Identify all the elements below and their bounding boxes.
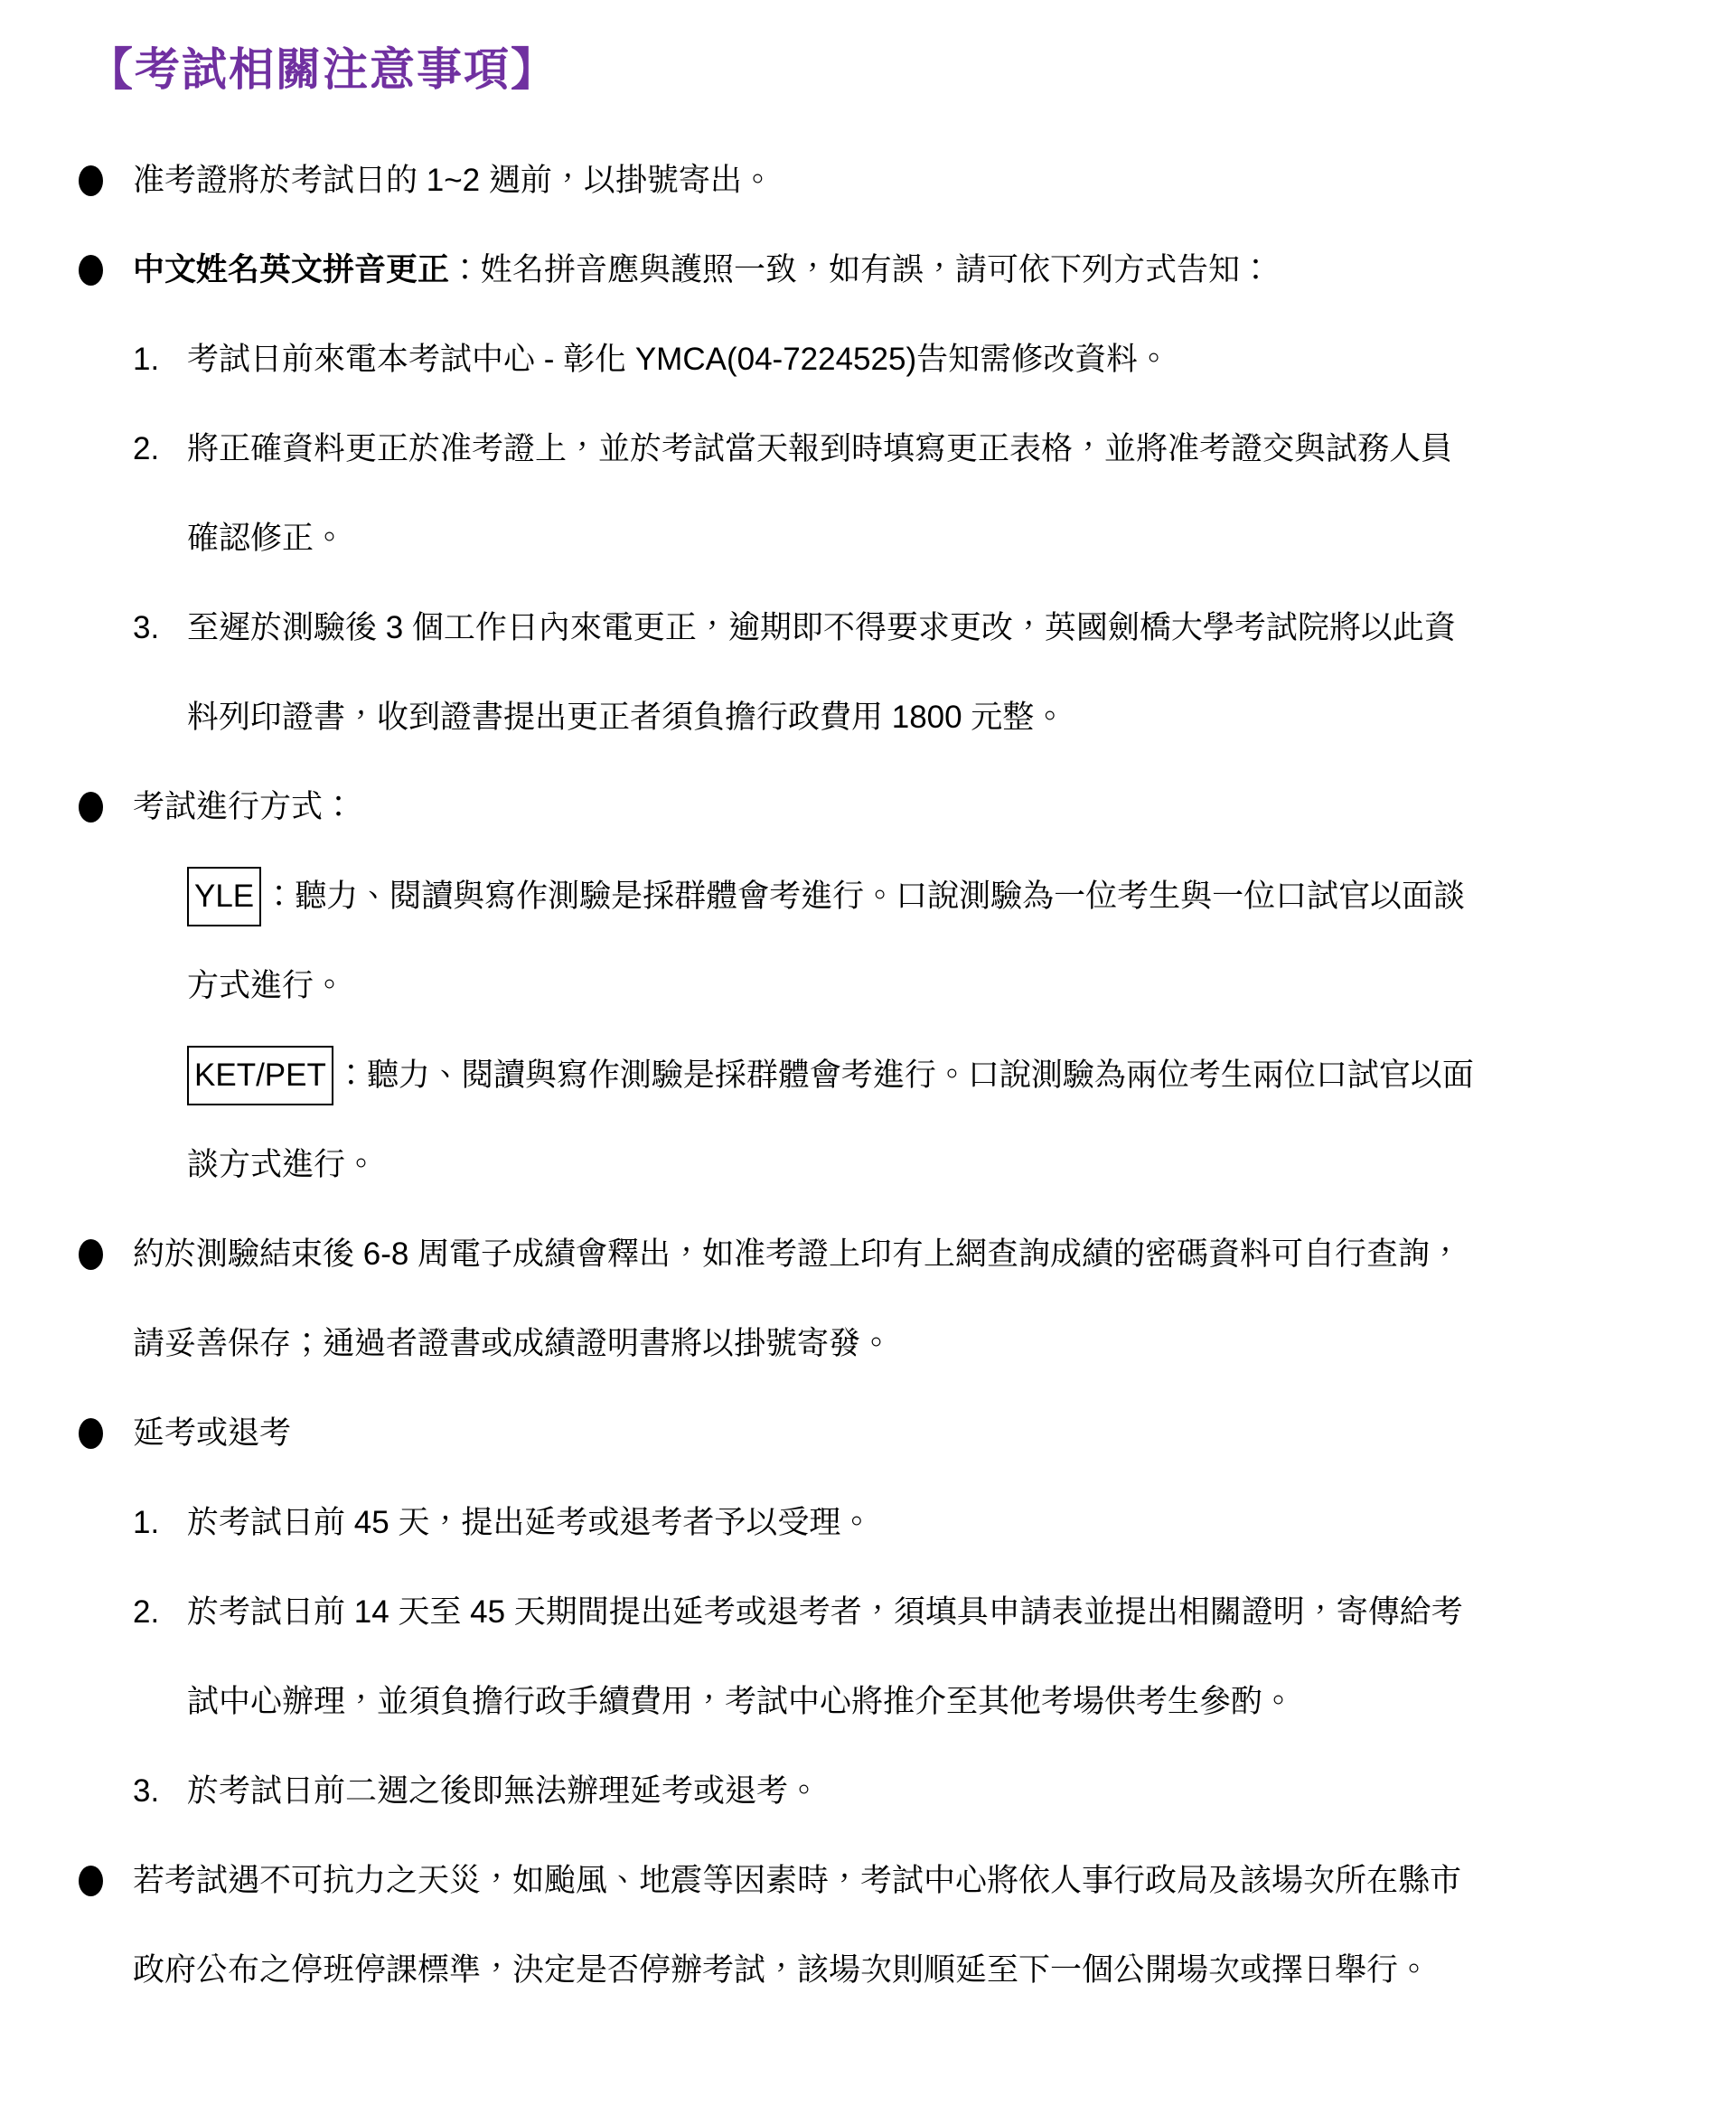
- notice-document: 【考試相關注意事項】 准考證將於考試日的 1~2 週前，以掛號寄出。 中文姓名英…: [0, 0, 1736, 2106]
- notice-admission-card: 准考證將於考試日的 1~2 週前，以掛號寄出。: [79, 165, 1700, 197]
- postpone-step-1: 1. 於考試日前 45 天，提出延考或退考者予以受理。: [79, 1507, 1700, 1539]
- notice-text: 方式進行。: [187, 970, 345, 1002]
- bullet-icon: [79, 1239, 103, 1270]
- name-correction-step-2: 2. 將正確資料更正於准考證上，並於考試當天報到時填寫更正表格，並將准考證交與試…: [79, 433, 1700, 465]
- exam-format-ket-pet-cont: 談方式進行。: [79, 1149, 1700, 1181]
- list-number: 3.: [133, 612, 187, 644]
- notice-force-majeure-cont: 政府公布之停班停課標準，決定是否停辦考試，該場次則順延至下一個公開場次或擇日舉行…: [79, 1954, 1700, 1987]
- postpone-step-2-cont: 試中心辦理，並須負擔行政手續費用，考試中心將推介至其他考場供考生參酌。: [79, 1686, 1700, 1718]
- notice-text: 約於測驗結束後 6-8 周電子成績會釋出，如准考證上印有上網查詢成績的密碼資料可…: [133, 1238, 1461, 1271]
- bullet-icon: [79, 255, 103, 286]
- notice-text: 料列印證書，收到證書提出更正者須負擔行政費用 1800 元整。: [187, 701, 1065, 734]
- name-correction-step-2-cont: 確認修正。: [79, 522, 1700, 555]
- postpone-step-3: 3. 於考試日前二週之後即無法辦理延考或退考。: [79, 1775, 1700, 1808]
- yle-label-box: YLE: [187, 867, 261, 926]
- notice-text: 考試進行方式：: [133, 791, 354, 823]
- list-number: 3.: [133, 1775, 187, 1808]
- notice-text: 談方式進行。: [187, 1149, 377, 1181]
- exam-format-yle: YLE ：聽力、閱讀與寫作測驗是採群體會考進行。口說測驗為一位考生與一位口試官以…: [79, 880, 1700, 913]
- bullet-icon: [79, 165, 103, 196]
- list-number: 2.: [133, 1596, 187, 1629]
- notice-postpone-withdraw: 延考或退考: [79, 1417, 1700, 1450]
- notice-score-release: 約於測驗結束後 6-8 周電子成績會釋出，如准考證上印有上網查詢成績的密碼資料可…: [79, 1238, 1700, 1271]
- notice-text: 中文姓名英文拼音更正：姓名拼音應與護照一致，如有誤，請可依下列方式告知：: [133, 254, 1272, 287]
- notice-text: 試中心辦理，並須負擔行政手續費用，考試中心將推介至其他考場供考生參酌。: [187, 1686, 1294, 1718]
- notice-text: ：聽力、閱讀與寫作測驗是採群體會考進行。口說測驗為兩位考生兩位口試官以面: [335, 1059, 1474, 1092]
- name-correction-step-3-cont: 料列印證書，收到證書提出更正者須負擔行政費用 1800 元整。: [79, 701, 1700, 734]
- notice-text: 於考試日前 14 天至 45 天期間提出延考或退考者，須填具申請表並提出相關證明…: [187, 1596, 1463, 1629]
- notice-text: 於考試日前 45 天，提出延考或退考者予以受理。: [187, 1507, 872, 1539]
- ket-pet-label-box: KET/PET: [187, 1046, 333, 1105]
- notice-score-release-cont: 請妥善保存；通過者證書或成績證明書將以掛號寄發。: [79, 1328, 1700, 1360]
- notice-lead-bold: 中文姓名英文拼音更正: [133, 252, 449, 287]
- postpone-step-2: 2. 於考試日前 14 天至 45 天期間提出延考或退考者，須填具申請表並提出相…: [79, 1596, 1700, 1629]
- exam-format-ket-pet: KET/PET ：聽力、閱讀與寫作測驗是採群體會考進行。口說測驗為兩位考生兩位口…: [79, 1059, 1700, 1092]
- notice-text: 確認修正。: [187, 522, 345, 555]
- exam-format-yle-cont: 方式進行。: [79, 970, 1700, 1002]
- notice-name-correction: 中文姓名英文拼音更正：姓名拼音應與護照一致，如有誤，請可依下列方式告知：: [79, 254, 1700, 287]
- notice-text: 請妥善保存；通過者證書或成績證明書將以掛號寄發。: [133, 1328, 892, 1360]
- name-correction-step-1: 1. 考試日前來電本考試中心 - 彰化 YMCA(04-7224525)告知需修…: [79, 343, 1700, 376]
- notice-force-majeure: 若考試遇不可抗力之天災，如颱風、地震等因素時，考試中心將依人事行政局及該場次所在…: [79, 1865, 1700, 1897]
- list-number: 1.: [133, 1507, 187, 1539]
- bullet-icon: [79, 792, 103, 823]
- notice-text-rest: ：姓名拼音應與護照一致，如有誤，請可依下列方式告知：: [449, 252, 1272, 287]
- page-title: 【考試相關注意事項】: [88, 43, 1700, 96]
- notice-text: ：聽力、閱讀與寫作測驗是採群體會考進行。口說測驗為一位考生與一位口試官以面談: [263, 880, 1465, 913]
- list-number: 1.: [133, 343, 187, 376]
- name-correction-step-3: 3. 至遲於測驗後 3 個工作日內來電更正，逾期即不得要求更改，英國劍橋大學考試…: [79, 612, 1700, 644]
- list-number: 2.: [133, 433, 187, 465]
- notice-exam-format: 考試進行方式：: [79, 791, 1700, 823]
- notice-text: 准考證將於考試日的 1~2 週前，以掛號寄出。: [133, 165, 774, 197]
- notice-text: 延考或退考: [133, 1417, 291, 1450]
- notice-text: 至遲於測驗後 3 個工作日內來電更正，逾期即不得要求更改，英國劍橋大學考試院將以…: [187, 612, 1456, 644]
- notice-text: 考試日前來電本考試中心 - 彰化 YMCA(04-7224525)告知需修改資料…: [187, 343, 1169, 376]
- bullet-icon: [79, 1418, 103, 1449]
- notice-text: 將正確資料更正於准考證上，並於考試當天報到時填寫更正表格，並將准考證交與試務人員: [187, 433, 1452, 465]
- notice-text: 政府公布之停班停課標準，決定是否停辦考試，該場次則順延至下一個公開場次或擇日舉行…: [133, 1954, 1430, 1987]
- notice-text: 若考試遇不可抗力之天災，如颱風、地震等因素時，考試中心將依人事行政局及該場次所在…: [133, 1865, 1461, 1897]
- notice-text: 於考試日前二週之後即無法辦理延考或退考。: [187, 1775, 820, 1808]
- bullet-icon: [79, 1866, 103, 1896]
